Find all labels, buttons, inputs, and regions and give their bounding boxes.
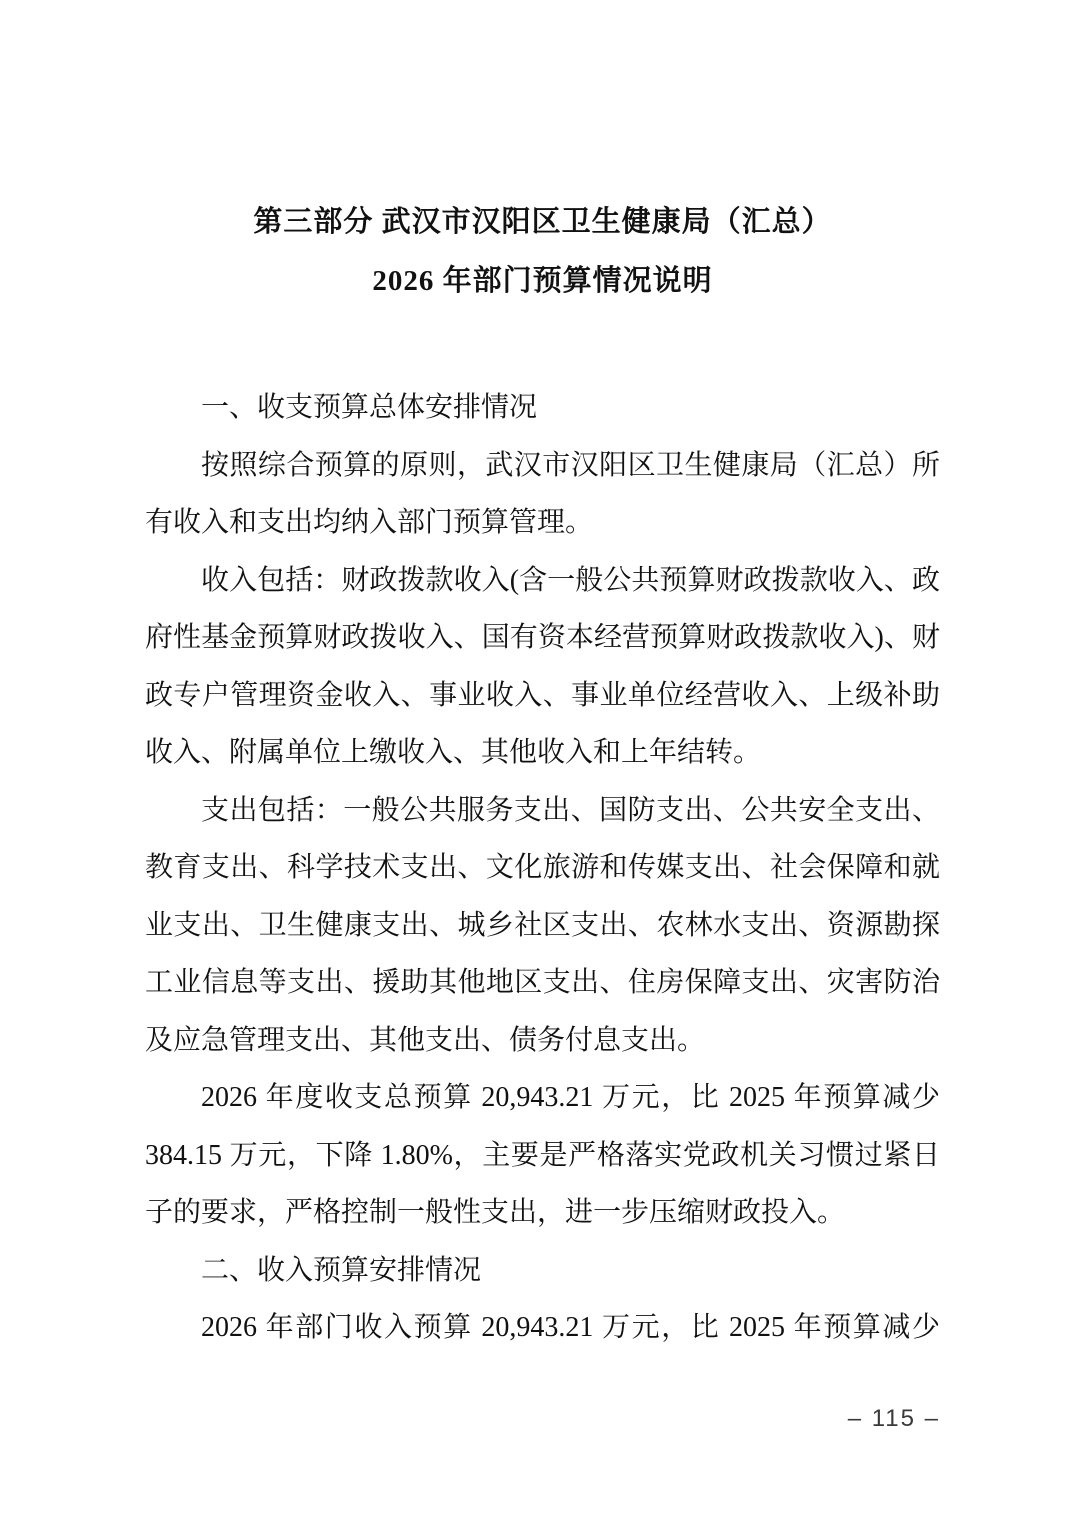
body-text-line: 子的要求，严格控制一般性支出，进一步压缩财政投入。: [145, 1184, 940, 1242]
body-text-line: 384.15 万元，下降 1.80%，主要是严格落实党政机关习惯过紧日: [145, 1127, 940, 1185]
document-title-line-2: 2026 年部门预算情况说明: [145, 261, 940, 301]
body-text-line: 二、收入预算安排情况: [145, 1242, 940, 1300]
body-text-line: 府性基金预算财政拨收入、国有资本经营预算财政拨款收入)、财: [145, 609, 940, 667]
body-text-line: 按照综合预算的原则，武汉市汉阳区卫生健康局（汇总）所: [145, 437, 940, 495]
body-text-line: 收入包括：财政拨款收入(含一般公共预算财政拨款收入、政: [145, 552, 940, 610]
body-text-line: 2026 年部门收入预算 20,943.21 万元，比 2025 年预算减少: [145, 1299, 940, 1357]
body-text-line: 一、收支预算总体安排情况: [145, 379, 940, 437]
body-text-line: 有收入和支出均纳入部门预算管理。: [145, 494, 940, 552]
body-text-line: 政专户管理资金收入、事业收入、事业单位经营收入、上级补助: [145, 667, 940, 725]
document-title-line-1: 第三部分 武汉市汉阳区卫生健康局（汇总）: [145, 202, 940, 242]
document-page: 第三部分 武汉市汉阳区卫生健康局（汇总） 2026 年部门预算情况说明 一、收支…: [0, 0, 1074, 1520]
page-footer: – 115 –: [145, 1405, 940, 1433]
body-text-line: 教育支出、科学技术支出、文化旅游和传媒支出、社会保障和就: [145, 839, 940, 897]
body-text-line: 及应急管理支出、其他支出、债务付息支出。: [145, 1012, 940, 1070]
body-text-line: 收入、附属单位上缴收入、其他收入和上年结转。: [145, 724, 940, 782]
document-body: 一、收支预算总体安排情况 按照综合预算的原则，武汉市汉阳区卫生健康局（汇总）所 …: [145, 379, 940, 1357]
body-text-line: 2026 年度收支总预算 20,943.21 万元，比 2025 年预算减少: [145, 1069, 940, 1127]
page-number: – 115 –: [848, 1405, 940, 1432]
body-text-line: 工业信息等支出、援助其他地区支出、住房保障支出、灾害防治: [145, 954, 940, 1012]
body-text-line: 业支出、卫生健康支出、城乡社区支出、农林水支出、资源勘探: [145, 897, 940, 955]
body-text-line: 支出包括：一般公共服务支出、国防支出、公共安全支出、: [145, 782, 940, 840]
